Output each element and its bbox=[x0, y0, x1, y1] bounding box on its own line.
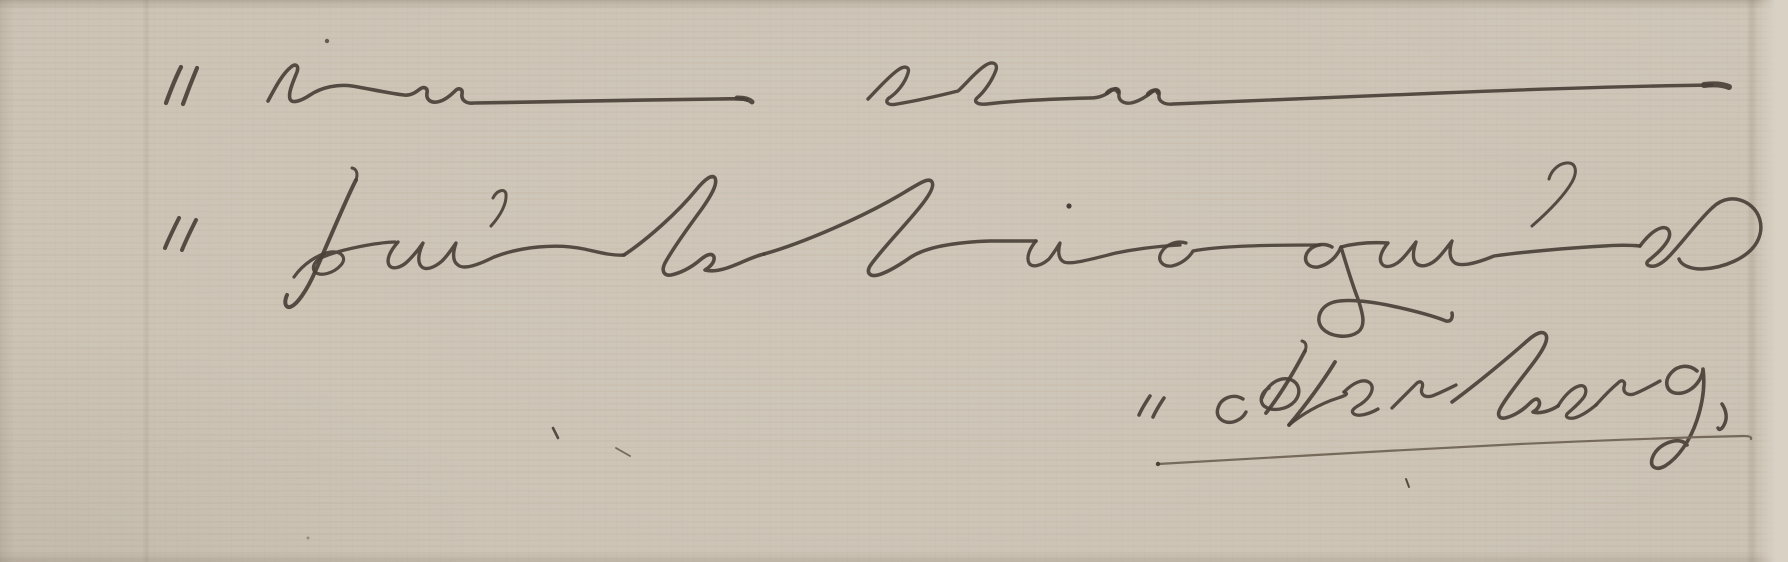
letter-r3b bbox=[1596, 381, 1660, 405]
letter-u-accented bbox=[388, 242, 624, 268]
word-in-with-flourish bbox=[268, 65, 747, 103]
quote-mark-line1 bbox=[166, 67, 197, 104]
flourish-end-blot bbox=[1704, 84, 1729, 87]
flourish-end-tick bbox=[737, 98, 752, 102]
handwritten-line-2 bbox=[165, 163, 1761, 336]
speck-faint-diagonal bbox=[616, 448, 630, 456]
speck-mid-left bbox=[553, 428, 558, 438]
manuscript-scan: „ in een „ públicque „ Herberg, bbox=[0, 0, 1788, 562]
letter-p-tophook bbox=[352, 168, 357, 180]
speck-bottom-left bbox=[307, 537, 310, 540]
underline-stroke bbox=[1158, 436, 1751, 464]
letter-H-diagonal-2 bbox=[1289, 362, 1335, 425]
letter-e-and-end-flourish bbox=[1640, 199, 1761, 269]
quote-mark-line3 bbox=[1139, 396, 1164, 417]
word-een-with-flourish bbox=[868, 63, 1712, 105]
letter-u2 bbox=[1341, 241, 1640, 266]
letter-c bbox=[1160, 242, 1320, 266]
letter-b bbox=[624, 177, 764, 275]
handwriting-layer bbox=[0, 0, 1788, 562]
i-dot bbox=[1066, 203, 1071, 208]
u2-accent-mark bbox=[1532, 163, 1575, 226]
handwritten-line-1 bbox=[166, 63, 1729, 105]
letter-H-entry-curl bbox=[1217, 396, 1246, 422]
u-accent-mark bbox=[491, 191, 506, 226]
ink-specks bbox=[307, 39, 1410, 540]
comma-after-g bbox=[1718, 404, 1726, 429]
letter-p-stem bbox=[285, 180, 356, 307]
letter-i bbox=[1028, 241, 1180, 266]
speck-top bbox=[325, 39, 329, 43]
speck-below-underline bbox=[1406, 479, 1409, 487]
letter-l bbox=[764, 180, 1036, 275]
underline-start-blot bbox=[1156, 462, 1160, 466]
letter-r3a bbox=[1392, 382, 1456, 408]
letter-e3a bbox=[1344, 381, 1378, 415]
letter-e3b bbox=[1558, 386, 1596, 419]
pen-pressure-overlay bbox=[1107, 89, 1158, 94]
letter-b3 bbox=[1452, 333, 1558, 419]
handwritten-line-3 bbox=[1139, 333, 1751, 469]
letter-p-bowl bbox=[294, 242, 395, 277]
quote-mark-line2 bbox=[165, 218, 196, 250]
letter-H-diagonal-1-hook bbox=[1302, 341, 1306, 351]
